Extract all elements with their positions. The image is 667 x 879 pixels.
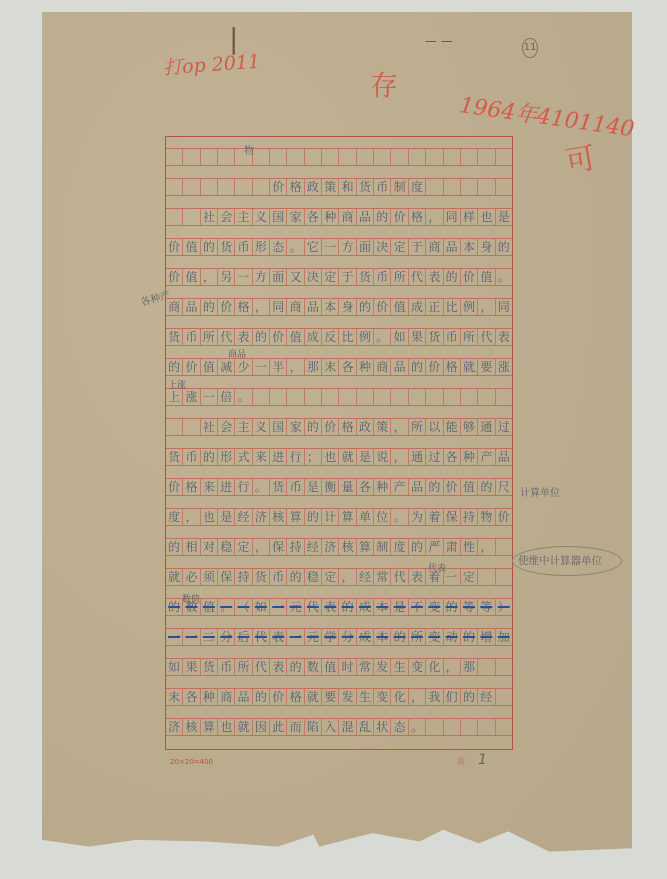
grid-cell: [218, 149, 235, 165]
grid-cell: 货: [426, 329, 443, 345]
grid-cell: 以: [426, 419, 443, 435]
grid-cell: 那: [305, 359, 322, 375]
grid-row: 的价值减少一半，那末各种商品的价格就要涨: [166, 358, 512, 376]
grid-cell: ，: [287, 359, 304, 375]
grid-cell: 计: [322, 509, 339, 525]
grid-row: 商品的价格，同商品本身的价值成正比例，同: [166, 298, 512, 316]
grid-cell: 货: [357, 179, 374, 195]
grid-cell: 又: [287, 269, 304, 285]
grid-cell: 的: [201, 239, 218, 255]
grid-cell: 策: [374, 419, 391, 435]
grid-cell: 是: [218, 509, 235, 525]
grid-cell: [409, 149, 426, 165]
grid-cell: [322, 389, 339, 405]
grid-cell: [183, 179, 200, 195]
grid-cell: [374, 389, 391, 405]
grid-cell: 的: [166, 539, 183, 555]
grid-cell: 定: [391, 239, 408, 255]
grid-cell: [322, 149, 339, 165]
grid-cell: 也: [218, 719, 235, 735]
grid-cell: 定: [322, 269, 339, 285]
grid-cell: ，: [478, 539, 495, 555]
grid-cell: 进: [218, 479, 235, 495]
grid-cell: 制: [391, 179, 408, 195]
grid-cell: 核: [270, 509, 287, 525]
grid-cell: [305, 389, 322, 405]
grid-cell: 方: [253, 269, 270, 285]
grid-cell: 种: [322, 209, 339, 225]
grid-cell: 的: [201, 449, 218, 465]
grid-cell: 经: [235, 509, 252, 525]
grid-cell: 货: [218, 239, 235, 255]
grid-cell: [166, 149, 183, 165]
grid-cell: 果: [409, 329, 426, 345]
grid-cell: 加: [496, 629, 512, 645]
grid-cell: 生: [391, 659, 408, 675]
grid-cell: 例: [461, 299, 478, 315]
grid-cell: 的: [444, 269, 461, 285]
grid-cell: [235, 179, 252, 195]
grid-cell: 。: [409, 719, 426, 735]
grid-cell: [478, 719, 495, 735]
grid-cell: 生: [357, 689, 374, 705]
grid-cell: ，: [478, 299, 495, 315]
grid-cell: [339, 389, 356, 405]
grid-cell: 家: [287, 209, 304, 225]
grid-cell: 于: [339, 269, 356, 285]
grid-cell: 品: [183, 299, 200, 315]
grid-cell: 样: [461, 209, 478, 225]
grid-cell: 要: [478, 359, 495, 375]
grid-cell: 一: [270, 599, 287, 615]
grid-cell: [391, 149, 408, 165]
grid-cell: 稳: [305, 569, 322, 585]
grid-cell: 价: [426, 359, 443, 375]
grid-cell: 社: [201, 419, 218, 435]
grid-cell: 价: [183, 359, 200, 375]
grid-cell: 是: [496, 209, 512, 225]
grid-cell: 保: [270, 539, 287, 555]
grid-cell: 货: [357, 269, 374, 285]
grid-cell: ，: [391, 419, 408, 435]
grid-cell: 陷: [305, 719, 322, 735]
grid-cell: 代: [253, 629, 270, 645]
grid-cell: 说: [374, 449, 391, 465]
grid-cell: 同: [496, 299, 512, 315]
grid-cell: 此: [270, 719, 287, 735]
grid-cell: 同: [270, 299, 287, 315]
grid-cell: 本: [374, 629, 391, 645]
grid-cell: 须: [201, 569, 218, 585]
grid-cell: [426, 179, 443, 195]
grid-cell: 代: [478, 329, 495, 345]
grid-cell: 增: [478, 629, 495, 645]
grid-cell: 价: [391, 209, 408, 225]
pencil-stroke-mark: |: [229, 22, 238, 55]
grid-cell: 比: [339, 329, 356, 345]
grid-cell: 涨: [183, 389, 200, 405]
grid-cell: [253, 149, 270, 165]
grid-cell: 常: [357, 659, 374, 675]
grid-row: 的相对稳定，保持经济核算制度的严肃性，: [166, 538, 512, 556]
grid-cell: 算: [287, 509, 304, 525]
grid-cell: 后: [235, 629, 252, 645]
grid-cell: 本: [461, 239, 478, 255]
grid-cell: [478, 389, 495, 405]
grid-cell: 度: [409, 179, 426, 195]
grid-cell: 币: [270, 569, 287, 585]
grid-cell: [461, 179, 478, 195]
grid-cell: 济: [166, 719, 183, 735]
grid-cell: 量: [339, 479, 356, 495]
grid-cell: 品: [496, 449, 512, 465]
grid-cell: [270, 389, 287, 405]
grid-cell: 的: [253, 689, 270, 705]
grid-cell: 价: [270, 179, 287, 195]
grid-cell: 义: [253, 419, 270, 435]
grid-cell: 品: [235, 689, 252, 705]
grid-cell: 价: [374, 299, 391, 315]
grid-cell: [166, 179, 183, 195]
grid-cell: 值: [183, 269, 200, 285]
grid-cell: 的: [166, 599, 183, 615]
grid-cell: [444, 179, 461, 195]
grid-cell: [201, 149, 218, 165]
grid-cell: 的: [496, 239, 512, 255]
grid-cell: ，: [409, 689, 426, 705]
grid-cell: 商: [426, 239, 443, 255]
grid-cell: 价: [461, 269, 478, 285]
grid-cell: 就: [305, 689, 322, 705]
grid-cell: 态: [391, 719, 408, 735]
grid-cell: 和: [339, 179, 356, 195]
grid-row: 末各种商品的价格就要发生变化，我们的经: [166, 688, 512, 706]
grid-cell: 态: [270, 239, 287, 255]
archive-store-annotation: 存: [370, 64, 398, 104]
grid-cell: [496, 539, 512, 555]
grid-cell: [496, 149, 512, 165]
grid-cell: 倍: [218, 389, 235, 405]
grid-cell: 的: [287, 569, 304, 585]
grid-cell: 币: [444, 329, 461, 345]
grid-cell: 形: [218, 449, 235, 465]
grid-cell: [357, 389, 374, 405]
grid-cell: 币: [374, 179, 391, 195]
grid-cell: 的: [305, 419, 322, 435]
grid-cell: 是: [305, 479, 322, 495]
grid-cell: 动: [444, 629, 461, 645]
grid-cell: 着: [426, 509, 443, 525]
grid-cell: 变: [426, 629, 443, 645]
grid-cell: 够: [461, 419, 478, 435]
grid-cell: 少: [235, 359, 252, 375]
margin-note-right-unit: 计算单位: [520, 484, 560, 499]
grid-cell: 元: [287, 599, 304, 615]
grid-cell: 相: [183, 539, 200, 555]
grid-cell: 主: [235, 209, 252, 225]
grid-cell: 为: [409, 509, 426, 525]
grid-cell: 品: [391, 359, 408, 375]
grid-cell: 于: [409, 239, 426, 255]
grid-cell: 常: [374, 569, 391, 585]
grid-cell: 经: [357, 569, 374, 585]
grid-cell: 的: [253, 329, 270, 345]
grid-cell: 例: [357, 329, 374, 345]
grid-cell: 各: [444, 449, 461, 465]
grid-cell: 算: [201, 719, 218, 735]
grid-cell: [183, 209, 200, 225]
grid-cell: 价: [166, 269, 183, 285]
grid-cell: 的: [426, 479, 443, 495]
grid-cell: 的: [287, 659, 304, 675]
grid-cell: 币: [287, 479, 304, 495]
grid-cell: 格: [183, 479, 200, 495]
grid-cell: 品: [444, 239, 461, 255]
grid-cell: ，: [444, 659, 461, 675]
margin-note-bubble-text: 使维中计算器单位: [518, 553, 602, 568]
grid-cell: 商: [287, 299, 304, 315]
grid-cell: 果: [183, 659, 200, 675]
grid-row: [166, 148, 512, 166]
grid-cell: [357, 149, 374, 165]
grid-cell: ，: [426, 209, 443, 225]
grid-cell: [444, 389, 461, 405]
grid-cell: 政: [357, 419, 374, 435]
grid-cell: 币: [235, 239, 252, 255]
grid-cell: 的: [305, 509, 322, 525]
grid-cell: [478, 569, 495, 585]
grid-cell: 成: [357, 599, 374, 615]
grid-cell: 因: [253, 719, 270, 735]
grid-cell: 经: [305, 539, 322, 555]
grid-cell: ，: [339, 569, 356, 585]
grid-cell: 一: [183, 629, 200, 645]
grid-cell: 的: [374, 209, 391, 225]
grid-cell: 身: [339, 299, 356, 315]
grid-cell: 等: [461, 599, 478, 615]
grid-cell: [496, 389, 512, 405]
grid-row: 价格来进行。货币是衡量各种产品的价值的尺: [166, 478, 512, 496]
grid-cell: 核: [339, 539, 356, 555]
grid-cell: 身: [478, 239, 495, 255]
grid-cell: ；: [305, 449, 322, 465]
grid-cell: 所: [201, 329, 218, 345]
grid-cell: 货: [270, 479, 287, 495]
grid-cell: 货: [201, 659, 218, 675]
grid-cell: 代: [218, 329, 235, 345]
grid-cell: 保: [444, 509, 461, 525]
grid-cell: 济: [322, 539, 339, 555]
grid-cell: 主: [235, 419, 252, 435]
grid-cell: 。: [253, 479, 270, 495]
insert-note-row6: 商品: [228, 347, 246, 360]
grid-cell: [426, 719, 443, 735]
grid-cell: 如: [166, 659, 183, 675]
grid-row: 社会主义国家的价格政策，所以能够通过: [166, 418, 512, 436]
grid-cell: 所: [235, 659, 252, 675]
grid-cell: 的: [357, 299, 374, 315]
grid-row: 济核算也就因此而陷入混乱状态。: [166, 718, 512, 736]
grid-cell: 政: [305, 179, 322, 195]
grid-cell: 也: [201, 509, 218, 525]
grid-cell: 变: [426, 599, 443, 615]
grid-cell: 那: [461, 659, 478, 675]
grid-cell: [478, 149, 495, 165]
grid-row: 价格政策和货币制度: [166, 178, 512, 196]
grid-cell: 尺: [496, 479, 512, 495]
grid-cell: 种: [461, 449, 478, 465]
grid-cell: 值: [322, 659, 339, 675]
grid-cell: 肃: [444, 539, 461, 555]
grid-cell: 正: [426, 299, 443, 315]
grid-cell: ，: [391, 449, 408, 465]
grid-row: 度，也是经济核算的计算单位。为着保持物价: [166, 508, 512, 526]
grid-cell: [339, 149, 356, 165]
grid-cell: 减: [218, 359, 235, 375]
grid-cell: 种: [374, 479, 391, 495]
grid-cell: 币: [374, 269, 391, 285]
dash-mark: — —: [425, 34, 453, 48]
grid-cell: 就: [235, 719, 252, 735]
grid-cell: 货: [166, 449, 183, 465]
grid-cell: [444, 149, 461, 165]
grid-cell: 必: [183, 569, 200, 585]
grid-cell: 持: [235, 569, 252, 585]
grid-cell: 分: [339, 629, 356, 645]
grid-cell: 如: [391, 329, 408, 345]
grid-cell: 。: [374, 329, 391, 345]
grid-cell: 另: [218, 269, 235, 285]
grid-cell: [253, 389, 270, 405]
grid-cell: 的: [444, 599, 461, 615]
grid-cell: 种: [357, 359, 374, 375]
grid-cell: 度: [166, 509, 183, 525]
grid-cell: 状: [374, 719, 391, 735]
grid-cell: 度: [391, 539, 408, 555]
grid-cell: 也: [322, 449, 339, 465]
grid-cell: 。: [218, 599, 235, 615]
grid-cell: （: [235, 599, 252, 615]
grid-cell: 商: [339, 209, 356, 225]
grid-cell: 们: [444, 689, 461, 705]
grid-cell: [496, 569, 512, 585]
grid-cell: 我: [426, 689, 443, 705]
grid-row: 货币的形式来进行；也就是说，通过各种产品: [166, 448, 512, 466]
grid-cell: 货: [253, 569, 270, 585]
grid-cell: 值: [391, 299, 408, 315]
grid-cell: 持: [461, 509, 478, 525]
grid-cell: 乱: [357, 719, 374, 735]
grid-cell: 保: [218, 569, 235, 585]
grid-cell: 算: [339, 509, 356, 525]
grid-cell: ）: [496, 599, 512, 615]
grid-cell: 面: [357, 239, 374, 255]
grid-cell: 来: [201, 479, 218, 495]
grid-cell: 所: [409, 419, 426, 435]
grid-cell: 通: [409, 449, 426, 465]
grid-cell: 代: [409, 269, 426, 285]
grid-cell: 一: [444, 569, 461, 585]
grid-cell: 来: [253, 449, 270, 465]
grid-cell: 行: [235, 479, 252, 495]
grid-cell: 决: [374, 239, 391, 255]
grid-cell: 的: [461, 689, 478, 705]
grid-cell: 货: [166, 329, 183, 345]
grid-cell: [461, 389, 478, 405]
grid-cell: 过: [496, 419, 512, 435]
grid-cell: [426, 149, 443, 165]
grid-cell: 表: [322, 599, 339, 615]
grid-cell: [444, 719, 461, 735]
grid-cell: 表: [270, 659, 287, 675]
grid-cell: [496, 179, 512, 195]
grid-cell: 如: [253, 599, 270, 615]
grid-cell: 表: [270, 629, 287, 645]
grid-cell: 单: [357, 509, 374, 525]
grid-cell: 各: [305, 209, 322, 225]
insert-note-row7: 上涨: [168, 378, 186, 391]
grid-cell: 一: [201, 389, 218, 405]
grid-cell: [201, 179, 218, 195]
grid-cell: 格: [287, 179, 304, 195]
page-label: 页: [457, 756, 465, 767]
grid-cell: 上: [166, 389, 183, 405]
grid-cell: 格: [339, 419, 356, 435]
grid-cell: 各: [183, 689, 200, 705]
grid-cell: 学: [322, 629, 339, 645]
grid-cell: 方: [339, 239, 356, 255]
circled-page-number: 11: [522, 38, 538, 58]
grid-cell: 就: [166, 569, 183, 585]
grid-cell: 就: [461, 359, 478, 375]
grid-cell: 表: [409, 569, 426, 585]
grid-cell: 本: [374, 599, 391, 615]
grid-cell: [183, 419, 200, 435]
grid-cell: 它: [305, 239, 322, 255]
grid-cell: 的: [409, 539, 426, 555]
grid-cell: 性: [461, 539, 478, 555]
grid-cell: 值: [478, 269, 495, 285]
grid-cell: 价: [166, 479, 183, 495]
grid-cell: 比: [444, 299, 461, 315]
grid-cell: 同: [444, 209, 461, 225]
grid-cell: 国: [270, 209, 287, 225]
grid-cell: 格: [287, 689, 304, 705]
grid-cell: [461, 719, 478, 735]
grid-row: 的数值。（如一元代表的成本是不变的等等）: [166, 598, 512, 616]
grid-cell: 一: [253, 359, 270, 375]
grid-cell: 品: [409, 479, 426, 495]
grid-cell: [253, 179, 270, 195]
grid-cell: 的: [339, 599, 356, 615]
manuscript-grid: 价格政策和货币制度社会主义国家各种商品的价格，同样也是价值的货币形态。它一方面决…: [165, 136, 513, 750]
grid-cell: 混: [339, 719, 356, 735]
grid-cell: 产: [478, 449, 495, 465]
grid-cell: 位: [374, 509, 391, 525]
grid-cell: 各: [339, 359, 356, 375]
grid-cell: 核: [183, 719, 200, 735]
grid-cell: [391, 389, 408, 405]
grid-cell: 衡: [322, 479, 339, 495]
grid-cell: 算: [357, 539, 374, 555]
grid-cell: 一: [322, 239, 339, 255]
grid-cell: 代: [253, 659, 270, 675]
grid-cell: 一: [287, 629, 304, 645]
grid-cell: [496, 659, 512, 675]
grid-cell: 形: [253, 239, 270, 255]
grid-cell: 二: [201, 629, 218, 645]
grid-cell: 策: [322, 179, 339, 195]
